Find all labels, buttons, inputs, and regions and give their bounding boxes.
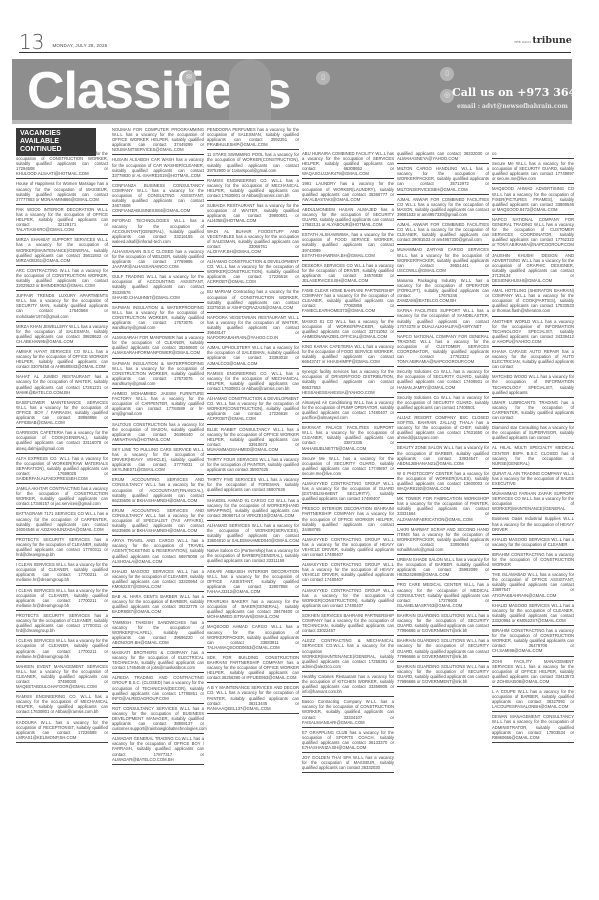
- classified-ad: BAHRAIN GUARDING SOLUTIONS W.L.L has a v…: [397, 637, 489, 661]
- classified-ad: WADI AL BUHAIR FOODSTUFF AND VEGETABLES …: [207, 228, 299, 257]
- classified-ad: 11 STARS SWIMMING POOL has a vacancy for…: [207, 151, 299, 175]
- classified-ad: ALHAMAD CONSTRUCTION & DEVELOPMENT CO. W…: [207, 258, 299, 287]
- classified-ad: KHALID MASOOD SERVICES W.L.L has a vacan…: [492, 536, 574, 550]
- classified-ad: qualified applicants can contact 3633203…: [397, 150, 489, 164]
- classified-ad: ALFA EXPRESS CO. W.L.L has a vacancy for…: [16, 455, 108, 484]
- classified-ad: Security Solutions Co W.L.L has a vacanc…: [397, 368, 489, 392]
- classified-ad: BAB AL HARA GENTS BARBER W.L.L has a vac…: [112, 593, 204, 617]
- classified-ad: Almasyed Air Conditioning W.L.L has a va…: [302, 399, 394, 423]
- classified-ad: TAMMISH TAHEISH SANDWICHES has a vacancy…: [112, 619, 204, 648]
- classified-ad: THIRTY FOUR SERVICES W.L.L has a vacancy…: [207, 456, 299, 475]
- classified-ad: ALHASSANAIN B.S.C CLOSED has a vacancy f…: [112, 248, 204, 272]
- classified-column-1: ALSAATI CONTRACTING has a vacancy for th…: [16, 150, 108, 744]
- classified-ad: NAPCO NATIONAL COMPANY FOR GENERAL TRADI…: [492, 216, 574, 251]
- classified-ad: I CLEAN SERVICES W.L.L has a vacancy for…: [16, 561, 108, 585]
- classified-ad: PAK WOOD INTERIOR DECORATION W.L.L has a…: [16, 206, 108, 235]
- classified-ad: KADOURA W.L.L has a vacancy for the occu…: [16, 719, 108, 743]
- classified-ad: LAKRI MARWAT SCRAP AND SECOND HAND ITEMS…: [397, 526, 489, 555]
- classified-ad: Manama Packaging Industry W.L.L has a va…: [397, 277, 489, 306]
- classified-ad: DESKORA SERVICES CO W.L.L has a vacancy …: [302, 262, 394, 286]
- classified-ad: NAPCO NATIONAL COMPANY FOR GENERAL TRADI…: [397, 333, 489, 368]
- classified-ad: KING KARAK CAFETERIA W.L.L has a vacancy…: [302, 343, 394, 367]
- classified-ad: ALHAMAD CONSTRUCTION & DEVELOPMENT CO. W…: [207, 395, 299, 424]
- classified-ad: IBRAHIM CONSTRACTING has a vacancy for t…: [492, 627, 574, 656]
- classified-ad: ALMASARAH FOR MANPOWER has a vacancy for…: [112, 334, 204, 358]
- classified-ad: RGT CONSULTANCY SERVICES W.L.L has a vac…: [112, 705, 204, 734]
- classified-ad: KHALID MASOOD SERVICES W.L.L has a vacan…: [112, 568, 204, 592]
- mail-icon: ✉: [182, 71, 196, 85]
- classified-ad: QURAT AL AIN TRADING COMPANY W.L.L has a…: [492, 470, 574, 489]
- classified-ad: E7 GRAPPLING CLUB has a vacancy for the …: [302, 729, 394, 753]
- classified-ad: NAHAT AL JUMBO RESTAURANT has a vacancy …: [16, 373, 108, 397]
- classified-column-4: ABU HURAIRA COMBINED FACILITY W.L.L has …: [302, 150, 394, 774]
- classified-ad: Security Solutions Co W.L.L has a vacanc…: [397, 394, 489, 413]
- classified-ad: JAUSHIN KHUSHI DESIGN AND ADVERTISING W.…: [492, 252, 574, 287]
- classified-ad: ZOHI FACILITY MANAGEMENT SERVICES W.L.L …: [492, 658, 574, 687]
- classified-ad: BASEFLOWER MAINTENANCE SERVICES W.L.L ha…: [16, 399, 108, 428]
- classified-ad: THIRTY FIVE SERVICES W.L.L has a vacancy…: [207, 476, 299, 495]
- classified-ad: KHALID MASOOD SERVICES W.L.L has a vacan…: [492, 602, 574, 626]
- classified-ad: Business Oasis Industrial Supplies W.L.L…: [492, 515, 574, 534]
- classified-ad: PROTECTS SECURITY SERVICES has a vacancy…: [16, 612, 108, 636]
- classified-ad: SAFWAN INSULATION & WATERPROOFING W.L.L …: [112, 304, 204, 333]
- classified-ad: MASKO 81 CO W.L.L has a vacancy for the …: [302, 318, 394, 342]
- classified-ad: MAHEEN EVENT MANAGEMENT SERVICES W.L.L h…: [16, 663, 108, 692]
- classified-ad: PROTECTS SECURITY SERVICES has a vacancy…: [16, 536, 108, 560]
- phone-icon: ▯: [316, 71, 330, 85]
- classified-ad: PRO CARE MEDICAL CENTER W.L.L has a vaca…: [397, 581, 489, 610]
- classified-ad: HUSAIN ALSABGH CAR WASH has a vacancy fo…: [112, 156, 204, 180]
- classified-ad: AL HILAL MULTI SPECIALTY MEDICAL CENTER …: [492, 444, 574, 468]
- classified-ad: Secure Me W.L.L has a vacancy for the oc…: [492, 160, 574, 184]
- classified-ad: AJMAL ANWAR FOR COMBINED FACILITIES CO W…: [397, 221, 489, 245]
- classified-ad: PENDOORA PERFUMES has a vacancy for the …: [207, 126, 299, 150]
- classified-ad: MIRZA KHAN JEWELLERY W.L.L has a vacancy…: [16, 323, 108, 347]
- classified-ad: W S PHOTOCOPY CENTER has a vacancy for t…: [397, 470, 489, 494]
- classified-ad: 1991 LAUNDRY has a vacancy for the occup…: [302, 180, 394, 204]
- classified-ad: THE ISLAMABAD W.L.L has a vacancy for th…: [492, 571, 574, 600]
- classified-ad: ALHAMAD SERVICES W.L.L has a vacancy for…: [207, 522, 299, 546]
- classified-ad: ALMADAR GENERAL TRADING Co.W.L.L has a v…: [112, 735, 204, 764]
- classified-ad: GARRISON CAFETERIA has a vacancy for the…: [16, 429, 108, 453]
- classified-ad: JOY GOLDEN THAI SPA W.L.L has a vacancy …: [302, 754, 394, 773]
- classified-ad: JUFFAIR TRENDS LUXURY APARTMENTS W.L.L h…: [16, 292, 108, 321]
- classified-ad: synergic facility services has a vacancy…: [302, 368, 394, 397]
- issue-date: MONDAY, JULY 28, 2025: [52, 43, 107, 48]
- classified-ad: BLUE RABBIT CONSULTANCY W.L.L has a vaca…: [207, 426, 299, 455]
- newspaper-logo: THE DAILYtribune: [514, 35, 572, 46]
- classified-ad: SHAKEEL AHMAD 91 CARGO CO W.L.L has a va…: [207, 497, 299, 521]
- classified-ad: ARIYA TRAVEL AND CARGO W.L.L has a vacan…: [112, 537, 204, 566]
- classified-ad: MATCHED WOOD W.L.L has a vacancy for the…: [492, 373, 574, 397]
- classified-ad: MUHAMMAD ZARYAB CARGO SERVICES W.L.L has…: [397, 246, 489, 275]
- classified-ad: PRESCO INTERIOR DECORATION BAHRAINI PART…: [302, 505, 394, 534]
- classified-ad: ALEZZ CONTRACTING & MECHANICAL SERVICES …: [302, 637, 394, 672]
- classified-ad: I CLEAN SERVICES W.L.L has a vacancy for…: [16, 637, 108, 661]
- page-number: 13: [19, 32, 44, 52]
- classified-ad: BARAKAT PALACE FACILITIES SUPPORT W.L.L …: [302, 424, 394, 453]
- classified-ad: CONFIANZA BUSINESS CONSULTANCY COMPANY W…: [112, 182, 204, 217]
- classified-column-3: PENDOORA PERFUMES has a vacancy for the …: [207, 126, 299, 715]
- classified-ad: L A COUPE W.L.L has a vacancy for the oc…: [492, 688, 574, 712]
- classified-column-6: coSecure Me W.L.L has a vacancy for the …: [492, 150, 574, 744]
- classified-ad: ALREDA TRADING AND CONTRACTING GROUP B.S…: [112, 674, 204, 703]
- classified-ad: IBRAHIM CONSTRACTING has a vacancy for t…: [492, 551, 574, 570]
- classified-ad: SAFWAN INSULATION & WATERPROOFING W.L.L …: [112, 360, 204, 389]
- classified-ad: MILTON CARGO HANDLING W.L.L has a vacanc…: [397, 165, 489, 194]
- classified-ad: ERUM ACCOUNTING SERVICES AND CONSULTANCY…: [112, 476, 204, 505]
- classifieds-banner: Classifieds ✉ ▯ ▯ ◎ Call us on +973 3645…: [12, 59, 572, 120]
- classified-ad: I CLEAN SERVICES W.L.L has a vacancy for…: [16, 587, 108, 611]
- classified-ad: ANOTHER WORLD W.L.L has a vacancy for th…: [492, 318, 574, 347]
- classified-ad: BEAUTY ZONE SALON W.L.L has a vacancy fo…: [397, 444, 489, 468]
- classified-ad: Healthy Calories Restaurant has a vacanc…: [302, 673, 394, 697]
- classified-ad: SDK FOR BUILDING CONSTRUCTION BAHRAINI P…: [207, 654, 299, 683]
- classified-ad: BATTAGRAMI 7171 SERVICES CO W.L.L has a …: [16, 510, 108, 534]
- classified-ad: UMAIR LUBRICANTS TRADING has a vacancy f…: [492, 399, 574, 423]
- classified-ad: NOUMAN FOR COMPUTER PROGRAMMING W.L.L ha…: [112, 126, 204, 155]
- header-rule: [19, 52, 571, 53]
- classified-ad: INFORAD TECHNOLOGIES W.L.L has a vacancy…: [112, 217, 204, 246]
- classified-ad: Basco Contracting Company W.L.L has a va…: [302, 698, 394, 727]
- classified-ad: MUHAMMAD FARHAN ZAFAR SUPPORT SERVICES C…: [492, 490, 574, 514]
- phone-number: Call us on +973 36458394: [452, 86, 572, 99]
- classified-ad: SAFINA FACILITIES SUPPORT W.L.L has a va…: [397, 307, 489, 331]
- tablet-icon: ▯: [440, 67, 454, 81]
- classified-ad: Diamond star Consulting has a vacancy fo…: [492, 424, 574, 443]
- classified-ad: SUBAIDA RESTAURANT has a vacancy for the…: [207, 202, 299, 226]
- classified-ad: DEWAN MANAGEMENT CONSULTANCY W.L.L has a…: [492, 713, 574, 742]
- classified-ad: AJMAL UPHOLSTERY W.L.L has a vacancy for…: [207, 344, 299, 368]
- contact-email: email : advt@newsofbahrain.com: [457, 103, 568, 110]
- classified-ad: RAMSIS ENGINEERING CO. W.L.L has a vacan…: [207, 177, 299, 201]
- classified-ad: MASKATI BROTHERS & COMPANY has a vacancy…: [112, 649, 204, 673]
- classified-ad: GULF TRADING W.L.L has a vacancy for the…: [112, 273, 204, 302]
- classified-ad: ALMASYYED CONTRACTING GROUP W.L.L has a …: [302, 587, 394, 611]
- classified-ad: Native Saloon Co (Partnership) has a vac…: [207, 547, 299, 566]
- classified-ad: AMAL HOTELING (SHERATON BAHRAIN) COMPANY…: [492, 287, 574, 316]
- classified-ad: SALTOUS CONSTRUCTION has a vacancy for t…: [112, 421, 204, 445]
- classified-ad: co: [492, 150, 574, 159]
- classified-ad: AJMAL ANWAR FOR COMBINED FACILITIES CO W…: [397, 196, 489, 220]
- classified-ad: A B Y MAINTENANCE SERVICES AND DECOR CO.…: [207, 684, 299, 713]
- classified-ad: JAMILA AKHTAR CONTRACTING has a vacancy …: [16, 485, 108, 509]
- classified-ad: ALMASYYED CONTRACTING GROUP W.L.L has a …: [302, 561, 394, 585]
- classified-ad: AMMAR HAYAT SERVICES CO W.L.L has a vaca…: [16, 348, 108, 372]
- classified-ad: Secure Me W.L.L has a vacancy for the oc…: [302, 455, 394, 479]
- classified-ad: ALSAATI CONTRACTING has a vacancy for th…: [16, 150, 108, 179]
- classified-ad: ASKARI ABBASEH INTERIOR DECORATION W.L.L…: [207, 568, 299, 597]
- mascot-illustration: [229, 59, 271, 120]
- classified-ad: ERUM ACCOUNTING SERVICES AND CONSULTANCY…: [112, 507, 204, 536]
- classified-ad: ABU HURAIRA COMBINED FACILITY W.L.L has …: [302, 150, 394, 179]
- classified-ad: RAMSIS ENGINEERING CO. W.L.L has a vacan…: [16, 693, 108, 717]
- classified-column-2: NOUMAN FOR COMPUTER PROGRAMMING W.L.L ha…: [112, 126, 204, 766]
- classified-ad: ABDULMONEEM HASAN ALMAJED has a vacancy …: [302, 206, 394, 230]
- classified-ad: KHANA CARAGE AUTO REPAIR has a vacancy f…: [492, 348, 574, 372]
- classified-ad: NAFOORA VEGETARIAN RESTAURANT W.L.L has …: [207, 314, 299, 343]
- classified-ad: MIRZA SHAHBAT SUPPORT SERVICES W.L.L has…: [16, 236, 108, 265]
- classified-ad: ALMASYYED CONTRACTING GROUP W.L.L has a …: [302, 480, 394, 504]
- classified-ad: House of Happiness for Women Massage has…: [16, 180, 108, 204]
- classified-ad: URBAN SHADE SALON W.L.L has a vacancy fo…: [397, 556, 489, 580]
- classified-ad: ESTATH ALSHAWWIMA, has a vacancy for the…: [302, 231, 394, 260]
- classified-ad: BU MARIAM Contracting has a vacancy for …: [207, 288, 299, 312]
- classified-ad: BAHRAIN GUARDING SOLUTIONS W.L.L has a v…: [397, 663, 489, 687]
- classified-ad: ALMASYYED CONTRACTING GROUP W.L.L has a …: [302, 536, 394, 560]
- classified-ad: MK TOWER FOR FABRICATION WORKSHOP has a …: [397, 495, 489, 524]
- classified-ad: SKY LINE TO PULLING CARS SERVICE W.L.L h…: [112, 446, 204, 475]
- classified-ad: FRAIRUKH BAKERY has a vacancy for the oc…: [207, 598, 299, 622]
- classified-ad: MAQSOOD AHMAD CARGO W.L.L has a vacancy …: [207, 623, 299, 652]
- classified-ad: FAME CLEAR HOME BAHRAINI PARTNERSHIP COM…: [302, 287, 394, 316]
- classified-ad: RAMSIS ENGINEERING CO. W.L.L has a vacan…: [207, 370, 299, 394]
- banner-shadow: [12, 120, 572, 124]
- classified-ad: SOKHEN SERVICES BAHRAINI PARTNERSHIP COM…: [302, 612, 394, 636]
- page-header: 13 MONDAY, JULY 28, 2025: [19, 28, 271, 52]
- classified-column-5: qualified applicants can contact 3633203…: [397, 150, 489, 688]
- classified-ad: ALIJAZ RESORT COMPANY BSC CLOSED SOFITEL…: [397, 414, 489, 443]
- classified-ad: MAQSOOD AHMAD ADVERTISING CO W.L.L has a…: [492, 185, 574, 214]
- classified-ad: BAHRAIN GUARDING SOLUTIONS W.L.L has a v…: [397, 612, 489, 636]
- classified-ad: AHMED MOHAMMED JASSIM FURNITURE FACTORY …: [112, 390, 204, 419]
- classified-ad: ARC CONTRACTING W.L.L has a vacancy for …: [16, 267, 108, 291]
